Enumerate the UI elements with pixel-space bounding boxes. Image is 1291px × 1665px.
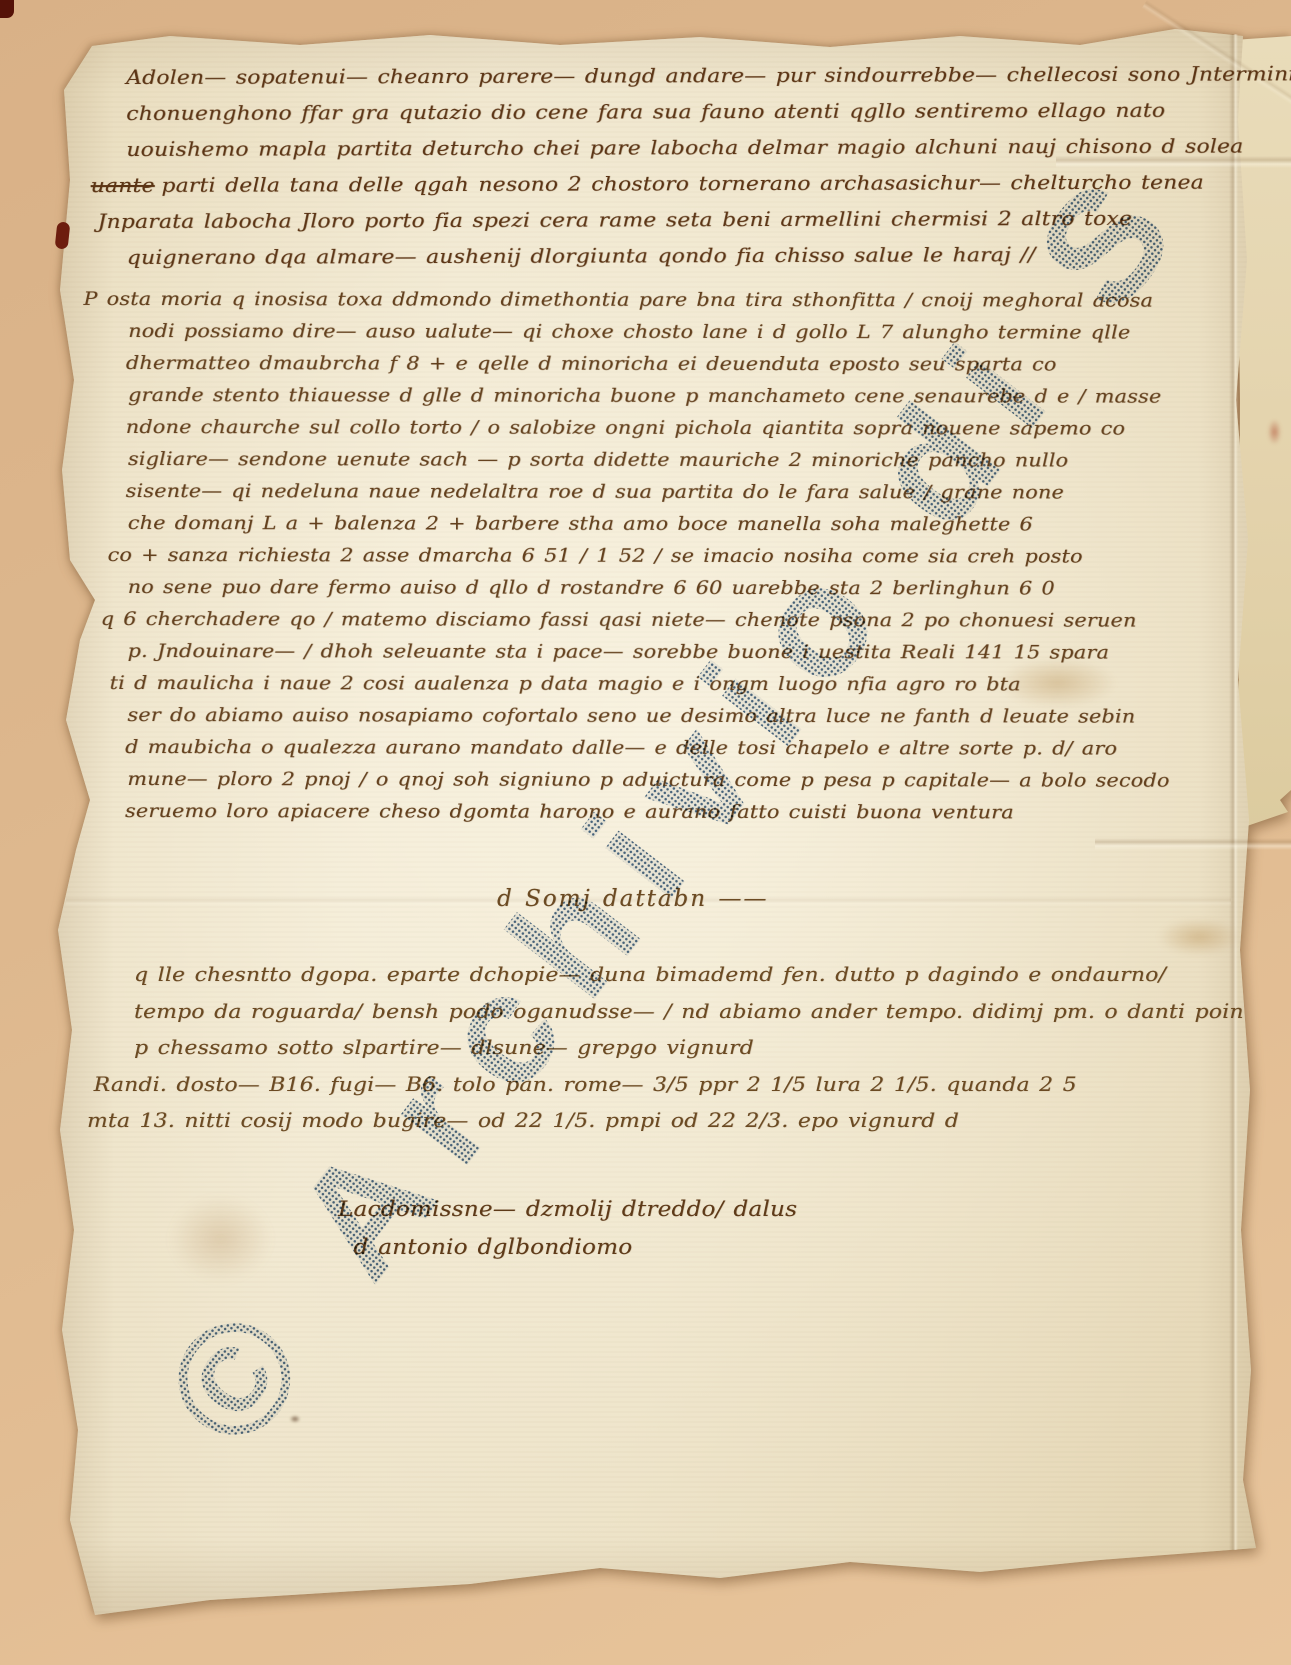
handwritten-line: Randi. dosto— B16. fugi— B6. tolo pan. r… — [94, 1067, 1244, 1104]
handwritten-line: q lle chesntto dgopa. eparte dchopie— du… — [134, 957, 1244, 994]
handwritten-line: no sene puo dare fermo auiso d qllo d ro… — [128, 572, 1170, 606]
handwritten-line: co + sanza richiesta 2 asse dmarcha 6 51… — [108, 540, 1171, 574]
handwritten-line: ti d maulicha i naue 2 cosi aualenza p d… — [110, 668, 1170, 702]
handwritten-line: p chessamo sotto slpartire— dlsune— grep… — [134, 1030, 1244, 1067]
handwritten-line: mta 13. nitti cosij modo bugire— od 22 1… — [87, 1103, 1244, 1140]
red-edge-mark-top-left — [0, 0, 14, 18]
struck-through-word: uante — [91, 174, 155, 197]
scanned-manuscript-page: Adolen— sopatenui— cheanro parere— dungd… — [0, 0, 1291, 1665]
handwritten-paragraph-3: q lle chesntto dgopa. eparte dchopie— du… — [134, 957, 1244, 1140]
handwritten-line: p. Jndouinare— / dhoh seleuante sta i pa… — [127, 636, 1169, 670]
handwritten-line: tempo da roguarda/ bensh podo oganudsse—… — [134, 994, 1244, 1031]
handwritten-line: chonuenghono ffar gra qutazio dio cene f… — [126, 92, 1291, 132]
handwritten-line: q 6 cherchadere qo / matemo disciamo fas… — [101, 604, 1170, 638]
handwritten-line: Adolen— sopatenui— cheanro parere— dungd… — [126, 56, 1291, 96]
